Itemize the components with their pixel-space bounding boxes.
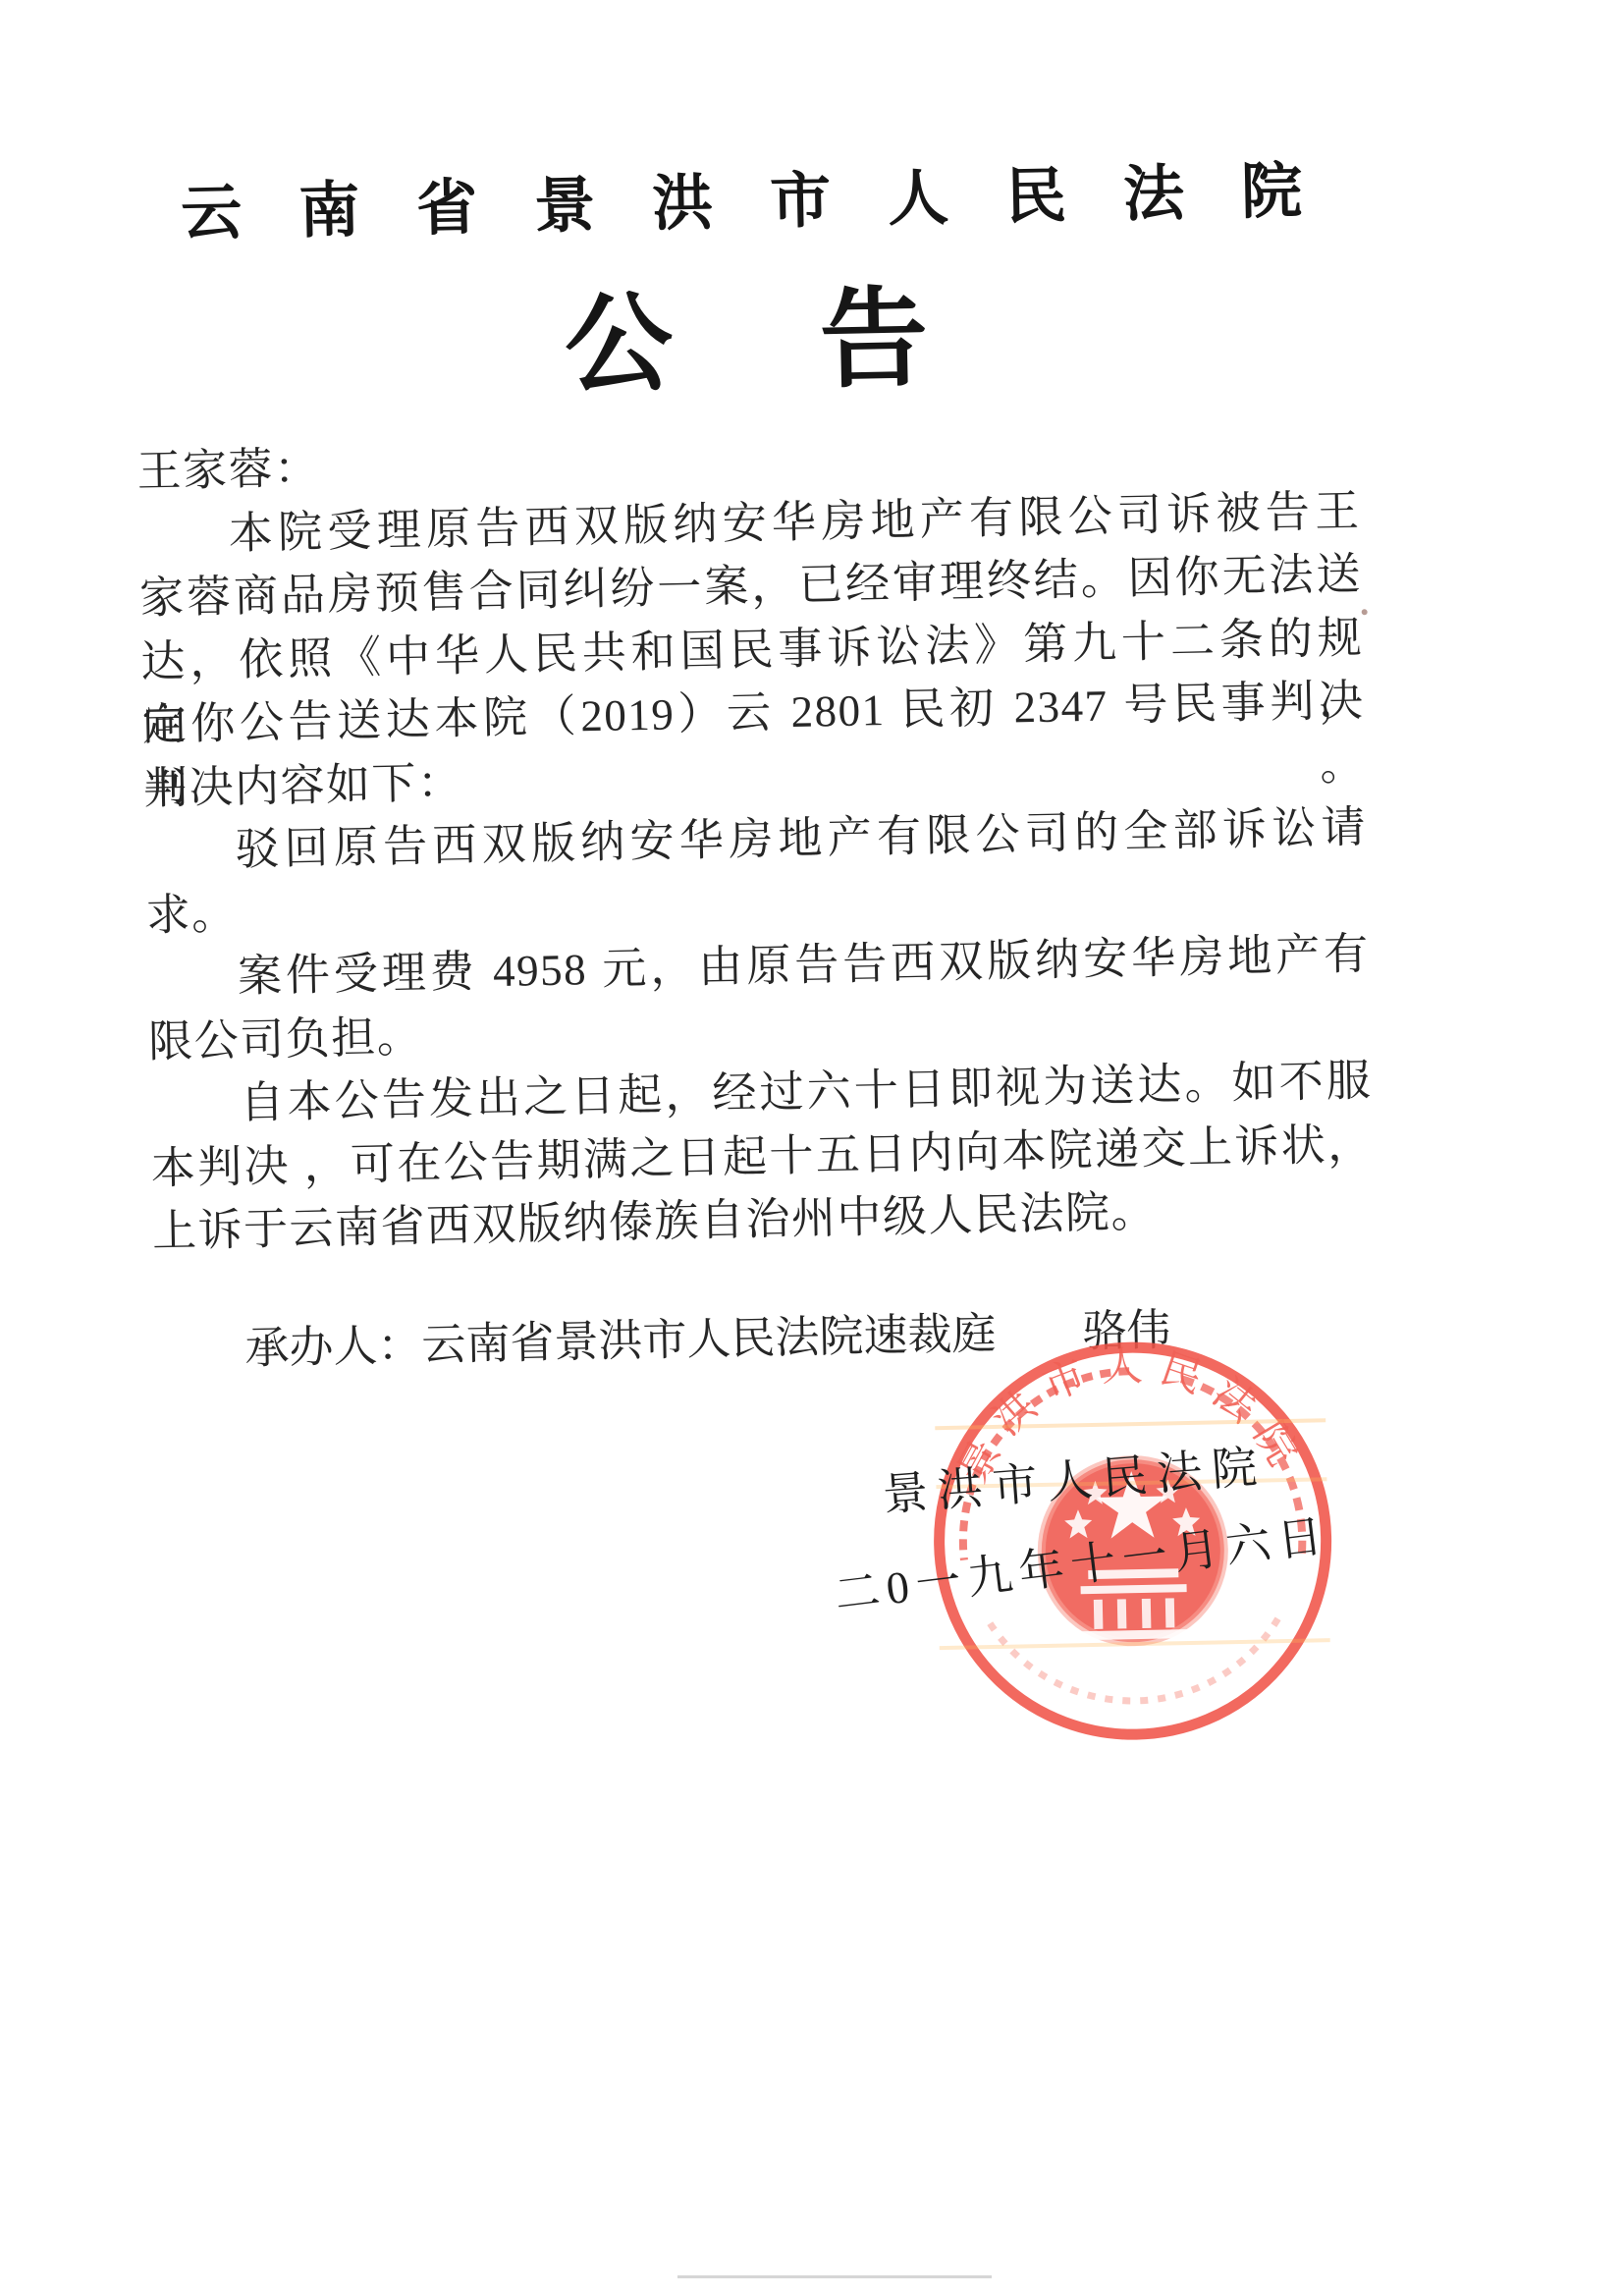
scan-artifact-line bbox=[677, 2275, 992, 2278]
document-content: 云南省景洪市人民法院 公告 王家蓉： 本院受理原告西双版纳安华房地产有限公司诉被… bbox=[0, 0, 1623, 2296]
notice-heading: 公告 bbox=[563, 248, 1076, 413]
notice-body: 王家蓉： 本院受理原告西双版纳安华房地产有限公司诉被告王 家蓉商品房预售合同纠纷… bbox=[136, 415, 1378, 1382]
scan-artifact-dot bbox=[1362, 609, 1368, 615]
court-title: 云南省景洪市人民法院 bbox=[180, 140, 1360, 251]
handler-unit: 云南省景洪市人民法院速裁庭 bbox=[421, 1308, 997, 1369]
scanned-court-notice-page: 云南省景洪市人民法院 公告 王家蓉： 本院受理原告西双版纳安华房地产有限公司诉被… bbox=[0, 0, 1623, 2296]
handler-label: 承办人： bbox=[244, 1320, 422, 1373]
